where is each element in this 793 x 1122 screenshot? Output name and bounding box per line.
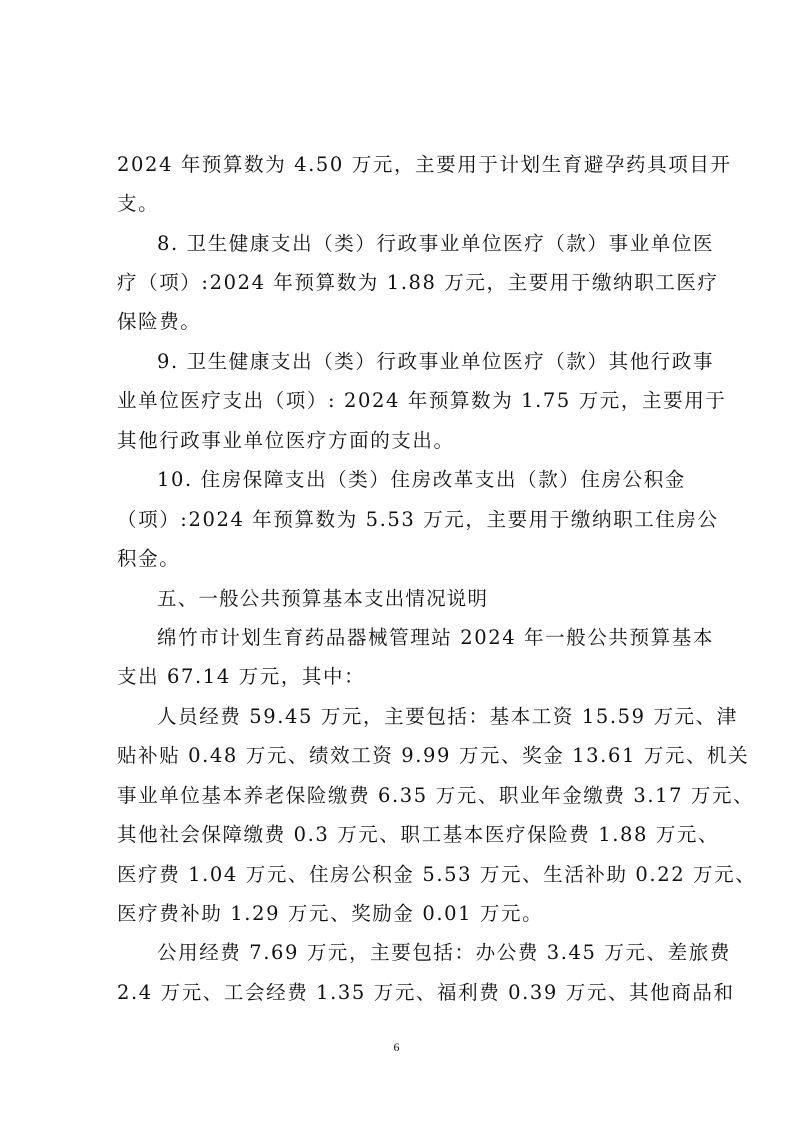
personnel-line-6: 医疗费补助 1.29 万元、奖励金 0.01 万元。: [117, 902, 682, 926]
text-line-2: 支。: [117, 192, 682, 216]
page-number: 6: [0, 1040, 793, 1055]
section-heading: 五、一般公共预算基本支出情况说明: [157, 587, 682, 611]
item-8-line-3: 保险费。: [117, 310, 682, 334]
personnel-line-3: 事业单位基本养老保险缴费 6.35 万元、职业年金缴费 3.17 万元、: [117, 784, 682, 808]
personnel-line-1: 人员经费 59.45 万元，主要包括：基本工资 15.59 万元、津: [157, 705, 682, 729]
item-9-line-3: 其他行政事业单位医疗方面的支出。: [117, 429, 682, 453]
item-9-line-1: 9. 卫生健康支出（类）行政事业单位医疗（款）其他行政事: [157, 350, 682, 374]
item-10-line-2: （项）:2024 年预算数为 5.53 万元，主要用于缴纳职工住房公: [117, 508, 682, 532]
item-10-line-3: 积金。: [117, 547, 682, 571]
item-8-line-2: 疗（项）:2024 年预算数为 1.88 万元，主要用于缴纳职工医疗: [117, 271, 682, 295]
personnel-line-2: 贴补贴 0.48 万元、绩效工资 9.99 万元、奖金 13.61 万元、机关: [117, 744, 682, 768]
summary-line-1: 绵竹市计划生育药品器械管理站 2024 年一般公共预算基本: [157, 626, 682, 650]
personnel-line-4: 其他社会保障缴费 0.3 万元、职工基本医疗保险费 1.88 万元、: [117, 823, 682, 847]
item-8-line-1: 8. 卫生健康支出（类）行政事业单位医疗（款）事业单位医: [157, 232, 682, 256]
summary-line-2: 支出 67.14 万元，其中：: [117, 665, 682, 689]
personnel-line-5: 医疗费 1.04 万元、住房公积金 5.53 万元、生活补助 0.22 万元、: [117, 863, 682, 887]
document-page: 2024 年预算数为 4.50 万元，主要用于计划生育避孕药具项目开 支。 8.…: [0, 0, 793, 1122]
public-expense-line-1: 公用经费 7.69 万元，主要包括：办公费 3.45 万元、差旅费: [157, 941, 682, 965]
item-10-line-1: 10. 住房保障支出（类）住房改革支出（款）住房公积金: [157, 468, 682, 492]
public-expense-line-2: 2.4 万元、工会经费 1.35 万元、福利费 0.39 万元、其他商品和: [117, 981, 682, 1005]
text-line-1: 2024 年预算数为 4.50 万元，主要用于计划生育避孕药具项目开: [117, 153, 682, 177]
item-9-line-2: 业单位医疗支出（项）: 2024 年预算数为 1.75 万元，主要用于: [117, 389, 682, 413]
